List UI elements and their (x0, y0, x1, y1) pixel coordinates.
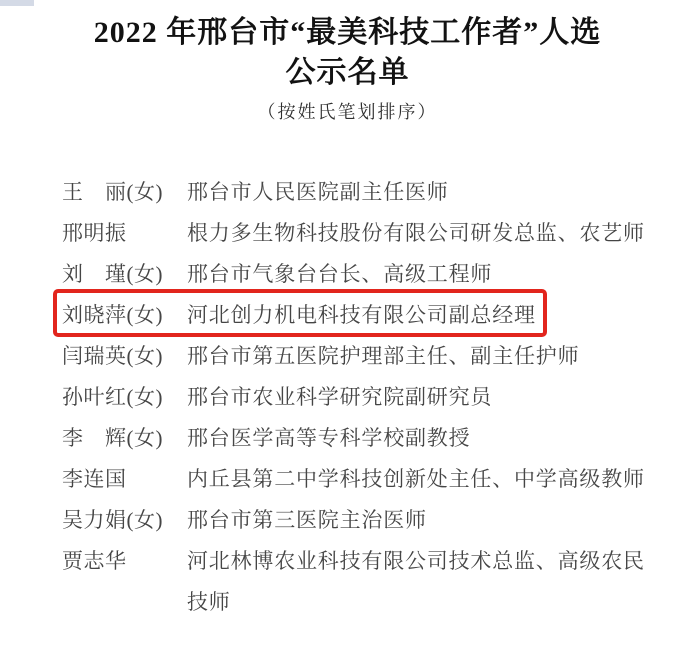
list-item: 刘晓萍(女) 河北创力机电科技有限公司副总经理 (62, 295, 667, 336)
candidate-title: 邢台市第五医院护理部主任、副主任护师 (187, 336, 579, 377)
list-item: 李连国 内丘县第二中学科技创新处主任、中学高级教师 (62, 459, 667, 500)
candidate-name: 闫瑞英(女) (62, 336, 187, 377)
list-item: 李 辉(女) 邢台医学高等专科学校副教授 (62, 418, 667, 459)
candidate-name: 王 丽(女) (62, 172, 187, 213)
candidate-name: 李 辉(女) (62, 418, 187, 459)
candidate-name: 邢明振 (62, 213, 187, 254)
document-title: 2022 年邢台市“最美科技工作者”人选 公示名单 (0, 13, 695, 93)
candidate-title: 邢台医学高等专科学校副教授 (187, 418, 470, 459)
candidate-name: 吴力娟(女) (62, 500, 187, 541)
list-item: 吴力娟(女) 邢台市第三医院主治医师 (62, 500, 667, 541)
list-item: 王 丽(女) 邢台市人民医院副主任医师 (62, 172, 667, 213)
document-title-line2: 公示名单 (0, 53, 695, 93)
list-item: 邢明振 根力多生物科技股份有限公司研发总监、农艺师 (62, 213, 667, 254)
candidate-title: 根力多生物科技股份有限公司研发总监、农艺师 (187, 213, 645, 254)
candidate-title: 邢台市气象台台长、高级工程师 (187, 254, 492, 295)
candidate-list: 王 丽(女) 邢台市人民医院副主任医师 邢明振 根力多生物科技股份有限公司研发总… (62, 172, 667, 623)
list-item: 闫瑞英(女) 邢台市第五医院护理部主任、副主任护师 (62, 336, 667, 377)
list-item: 贾志华 河北林博农业科技有限公司技术总监、高级农民技师 (62, 541, 667, 623)
candidate-title: 内丘县第二中学科技创新处主任、中学高级教师 (187, 459, 645, 500)
candidate-title: 邢台市人民医院副主任医师 (187, 172, 449, 213)
candidate-title: 邢台市第三医院主治医师 (187, 500, 427, 541)
screenshot-corner-artifact (0, 0, 34, 6)
candidate-name: 孙叶红(女) (62, 377, 187, 418)
candidate-name: 刘 瑾(女) (62, 254, 187, 295)
candidate-title: 河北创力机电科技有限公司副总经理 (187, 295, 536, 336)
candidate-title: 河北林博农业科技有限公司技术总监、高级农民技师 (187, 541, 665, 623)
list-item: 刘 瑾(女) 邢台市气象台台长、高级工程师 (62, 254, 667, 295)
candidate-name: 贾志华 (62, 541, 187, 582)
list-item: 孙叶红(女) 邢台市农业科学研究院副研究员 (62, 377, 667, 418)
candidate-name: 刘晓萍(女) (62, 295, 187, 336)
candidate-name: 李连国 (62, 459, 187, 500)
candidate-title: 邢台市农业科学研究院副研究员 (187, 377, 492, 418)
sort-note: （按姓氏笔划排序） (0, 100, 695, 124)
document-title-line1: 2022 年邢台市“最美科技工作者”人选 (0, 13, 695, 53)
